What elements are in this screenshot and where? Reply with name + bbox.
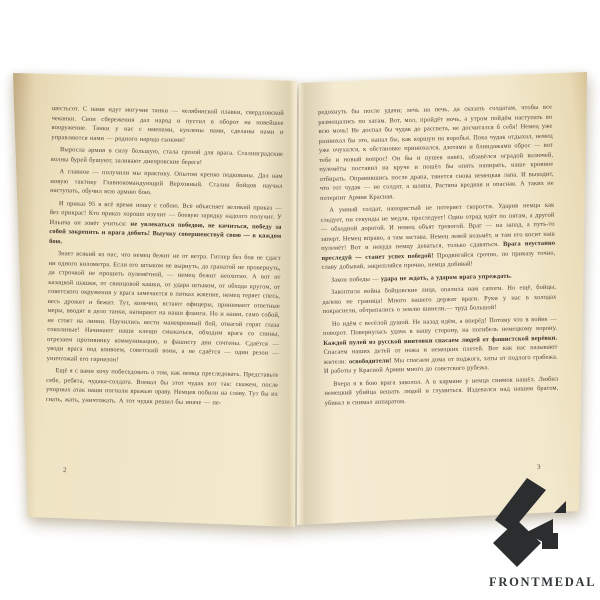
brand-name: FRONTMEDAL (489, 575, 599, 590)
frontmedal-logo-icon (480, 470, 576, 574)
page-number-left: 2 (63, 466, 67, 474)
right-page-text: редохнуть бы после удачи; лечь на печь, … (318, 103, 560, 472)
left-page-text: шестьсот. С нами идут могучие танки — че… (44, 104, 284, 477)
paragraph: Ещё я с вами хочу побеседовать о том, ка… (46, 366, 279, 409)
product-photo: шестьсот. С нами идут могучие танки — че… (0, 0, 600, 600)
paragraph: Закоптила война бойцовские лица, опалила… (322, 283, 557, 317)
page-edge-shadow (13, 68, 39, 530)
paragraph: шестьсот. С нами идут могучие танки — че… (51, 104, 284, 147)
paragraph: Вчера я в бою врага заколол. А в кармане… (324, 374, 559, 408)
paragraph: А умный солдат, напористый не потеряет с… (320, 201, 555, 273)
paragraph: Но идём с весёлой душой. Не назад идём, … (323, 314, 558, 376)
open-booklet: шестьсот. С нами идут могучие танки — че… (13, 68, 587, 530)
paragraph: редохнуть бы после удачи; лечь на печь, … (318, 103, 554, 203)
paragraph: И приказ 95 я всё время ношу с собою. Вс… (49, 198, 282, 250)
paragraph: Выросла армия в силу большую, стала гроз… (51, 145, 283, 169)
paragraph: А главное — получили мы практику. Опытом… (50, 167, 283, 200)
paragraph: Знает всякий из нас, что немец бежит не … (47, 249, 281, 368)
